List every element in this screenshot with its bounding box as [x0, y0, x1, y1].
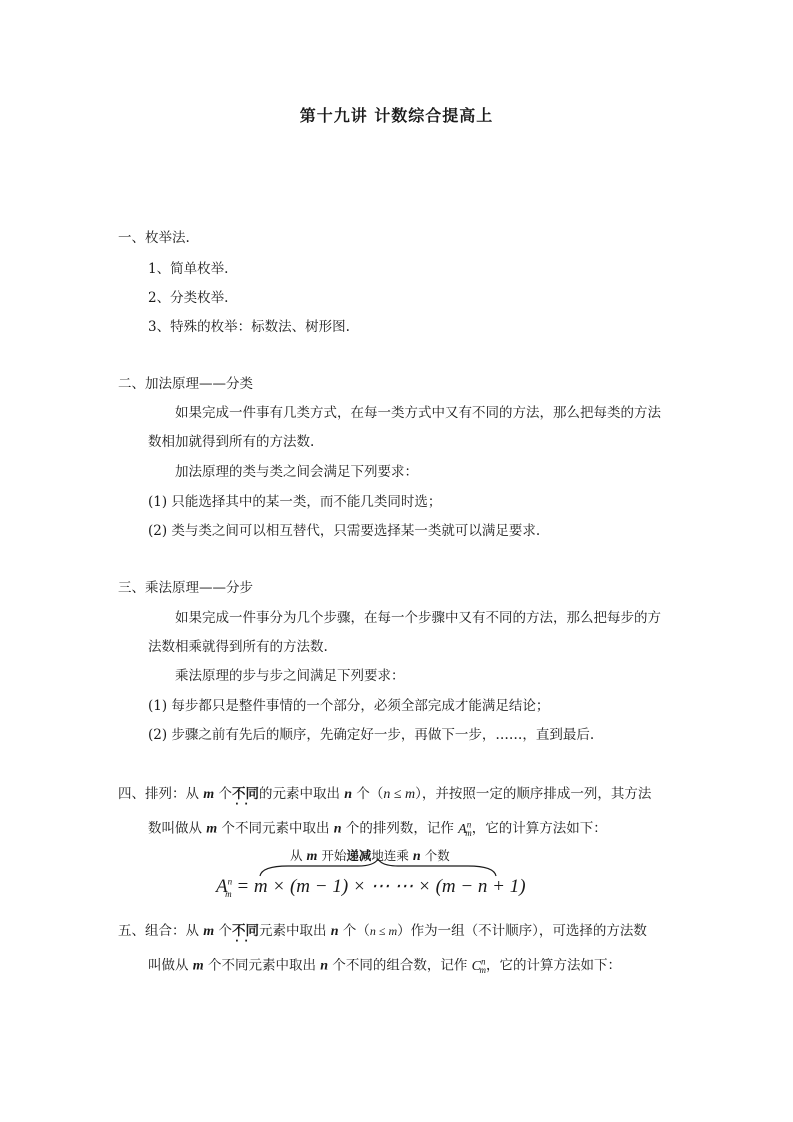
requirement: (2) 类与类之间可以相互替代，只需要选择某一类就可以满足要求. [148, 522, 540, 540]
requirement: (1) 只能选择其中的某一类，而不能几类同时选； [148, 493, 441, 511]
list-item: 1、简单枚举. [148, 260, 228, 278]
section-5-line-2: 叫做从 m 个不同元素中取出 n 个不同的组合数，记作 Cnm，它的计算方法如下… [148, 952, 621, 979]
list-item: 3、特殊的枚举：标数法、树形图. [148, 318, 350, 336]
emphasis-text: 不同 [232, 786, 259, 802]
emphasis-text: 不同 [232, 923, 259, 939]
paragraph: 乘法原理的步与步之间满足下列要求： [175, 667, 405, 685]
paragraph: 数相加就得到所有的方法数. [148, 433, 314, 451]
section-5-line-1: 五、组合：从 m 个不同元素中取出 n 个（n ≤ m）作为一组（不计顺序），可… [118, 922, 647, 941]
permutation-symbol: Anm [458, 822, 472, 837]
section-4-line-2: 数叫做从 m 个不同元素中取出 n 个的排列数，记作 Anm，它的计算方法如下： [148, 815, 607, 842]
list-item: 2、分类枚举. [148, 289, 228, 307]
section-2-heading: 二、加法原理——分类 [118, 375, 253, 393]
requirement: (2) 步骤之前有先后的顺序，先确定好一步，再做下一步，……，直到最后. [148, 726, 594, 744]
section-3-heading: 三、乘法原理——分步 [118, 579, 253, 597]
combination-symbol: Cnm [472, 959, 486, 974]
paragraph: 加法原理的类与类之间会满足下列要求： [175, 463, 418, 481]
paragraph: 如果完成一件事有几类方式，在每一类方式中又有不同的方法，那么把每类的方法 [175, 404, 661, 422]
permutation-formula: Anm = m × (m − 1) × ⋯ ⋯ × (m − n + 1) [216, 875, 526, 899]
section-1-heading: 一、枚举法. [118, 229, 190, 247]
paragraph: 如果完成一件事分为几个步骤，在每一个步骤中又有不同的方法，那么把每步的方 [175, 609, 661, 627]
paragraph: 法数相乘就得到所有的方法数. [148, 638, 328, 656]
page-title: 第十九讲 计数综合提高上 [0, 103, 793, 126]
section-4-line-1: 四、排列：从 m 个不同的元素中取出 n 个（n ≤ m），并按照一定的顺序排成… [118, 785, 651, 804]
requirement: (1) 每步都只是整件事情的一个部分，必须全部完成才能满足结论； [148, 697, 549, 715]
